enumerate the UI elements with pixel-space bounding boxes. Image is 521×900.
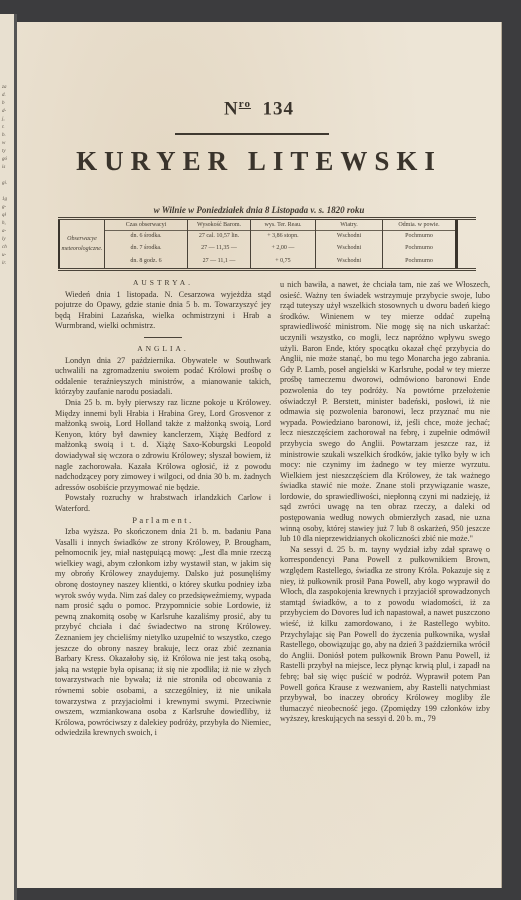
weather-cell: Pochmurno	[383, 243, 455, 255]
number-value: 134	[262, 98, 294, 119]
article-anglia-p3: Powstały rozruchy w hrabstwach irlandzki…	[55, 493, 271, 514]
weather-cell: + 0,75	[251, 256, 315, 268]
issue-number: Nro 134	[17, 98, 501, 120]
weather-col-barometer: Wysokość Barom. 27 cal. 10,57 lin. 27 — …	[188, 220, 251, 268]
weather-cell: Wschodni	[316, 243, 382, 255]
weather-cell: dn. 8 godz. 6	[105, 256, 187, 268]
weather-cell: Pochmurno	[383, 256, 455, 268]
article-continued: u nich bawiła, a nawet, że chciała tam, …	[280, 280, 490, 545]
weather-cell: 27 cal. 10,57 lin.	[188, 231, 250, 243]
article-austrya: Wiedeń dnia 1 listopada. N. Cesarzowa wy…	[55, 290, 271, 332]
weather-col-conditions: Odmia. w powie. Pochmurno Pochmurno Poch…	[383, 220, 458, 268]
article-anglia-p1: Londyn dnia 27 października. Obywatele w…	[55, 356, 271, 398]
weather-table: Obserwacye meteorologiczne. Czas obserwa…	[58, 217, 476, 271]
article-anglia-p2: Dnia 25 b. m. były pierwszy raz liczne p…	[55, 398, 271, 493]
weather-cell: + 2,00 —	[251, 243, 315, 255]
number-suffix: ro	[239, 98, 251, 110]
right-article-column: u nich bawiła, a nawet, że chciała tam, …	[280, 280, 490, 840]
article-sessya: Na sessyi d. 25 b. m. tayny wydział izby…	[280, 545, 490, 725]
weather-header: Czas obserwacyi	[105, 220, 187, 231]
weather-header: Odmia. w powie.	[383, 220, 455, 231]
weather-col-thermometer: wys. Ter. Reau. + 3,86 stopn. + 2,00 — +…	[251, 220, 316, 268]
dateline: w Wilnie w Poniedziałek dnia 8 Listopada…	[17, 205, 501, 215]
number-label: N	[224, 98, 239, 119]
weather-cell: 27 — 11,35 —	[188, 243, 250, 255]
masthead-title: KURYER LITEWSKI	[17, 146, 501, 177]
weather-col-winds: Wiatry. Wschodni Wschodni Wschodni	[316, 220, 383, 268]
weather-cell: dn. 6 środka.	[105, 231, 187, 243]
weather-cell: Wschodni	[316, 231, 382, 243]
article-parlament: Izba wyższa. Po skończonem dnia 21 b. m.…	[55, 527, 271, 739]
section-divider	[144, 337, 182, 338]
section-heading-austrya: AUSTRYA.	[55, 278, 271, 289]
weather-cell: dn. 7 środka.	[105, 243, 187, 255]
weather-cell: + 3,86 stopn.	[251, 231, 315, 243]
header-rule	[175, 133, 329, 135]
adjacent-page-edge: za d. b d- j, r. b. w ty gó is gi. 1g g-…	[0, 14, 15, 900]
weather-cell: Pochmurno	[383, 231, 455, 243]
weather-cell: 27 — 11,1 —	[188, 256, 250, 268]
weather-header: wys. Ter. Reau.	[251, 220, 315, 231]
weather-col-time: Czas obserwacyi dn. 6 środka. dn. 7 środ…	[105, 220, 188, 268]
adjacent-page-text: za d. b d- j, r. b. w ty gó is gi. 1g g-…	[0, 14, 14, 268]
section-heading-parlament: Parlament.	[55, 515, 271, 526]
left-article-column: AUSTRYA. Wiedeń dnia 1 listopada. N. Ces…	[55, 278, 271, 833]
weather-cell: Wschodni	[316, 256, 382, 268]
section-heading-anglia: ANGLIA.	[55, 344, 271, 355]
weather-table-label: Obserwacye meteorologiczne.	[58, 220, 105, 268]
weather-header: Wiatry.	[316, 220, 382, 231]
newspaper-page: Nro 134 KURYER LITEWSKI w Wilnie w Ponie…	[17, 22, 501, 888]
weather-header: Wysokość Barom.	[188, 220, 250, 231]
